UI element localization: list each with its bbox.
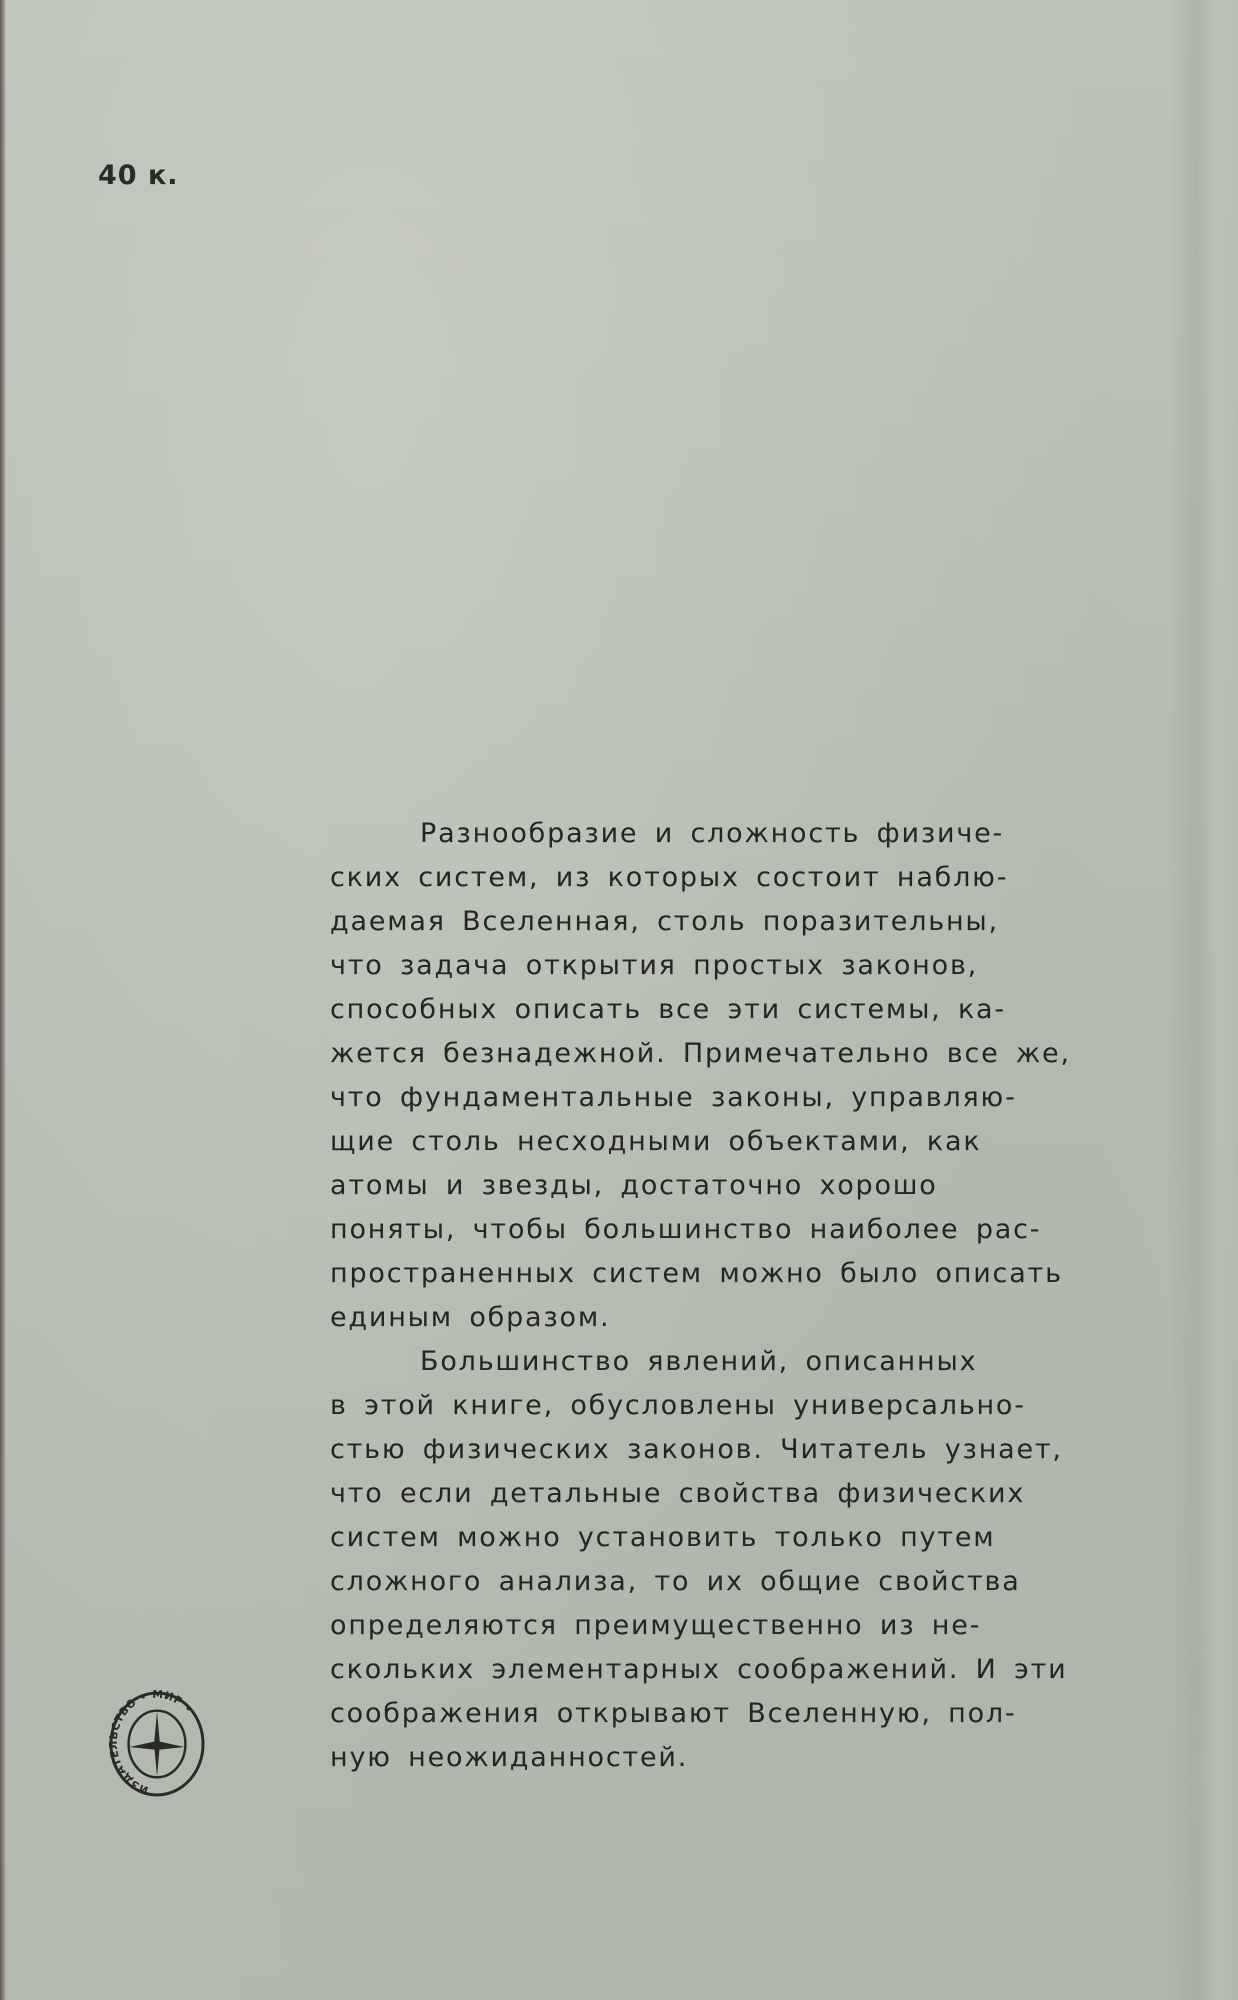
publisher-logo: ИЗДАТЕЛЬСТВО • МИР •: [108, 1690, 206, 1798]
blurb-line: систем можно установить только путем: [330, 1516, 1100, 1560]
blurb-line: даемая Вселенная, столь поразительны,: [330, 900, 1100, 944]
cover-blurb: Разнообразие и сложность физиче- ских си…: [330, 812, 1100, 1780]
cover-spine-fold: [1168, 0, 1238, 2000]
blurb-paragraph-2: Большинство явлений, описанных в этой кн…: [330, 1340, 1100, 1780]
blurb-line: что задача открытия простых законов,: [330, 944, 1100, 988]
blurb-line: соображения открывают Вселенную, пол-: [330, 1692, 1100, 1736]
blurb-line: жется безнадежной. Примечательно все же,: [330, 1032, 1100, 1076]
compass-star-icon: ИЗДАТЕЛЬСТВО • МИР •: [108, 1690, 206, 1798]
blurb-line: что фундаментальные законы, управляю-: [330, 1076, 1100, 1120]
blurb-line: пространенных систем можно было описать: [330, 1252, 1100, 1296]
blurb-line: поняты, чтобы большинство наиболее рас-: [330, 1208, 1100, 1252]
blurb-line: Большинство явлений, описанных: [330, 1340, 1100, 1384]
blurb-line: щие столь несходными объектами, как: [330, 1120, 1100, 1164]
blurb-line: сложного анализа, то их общие свойства: [330, 1560, 1100, 1604]
blurb-line: определяются преимущественно из не-: [330, 1604, 1100, 1648]
blurb-line: ских систем, из которых состоит наблю-: [330, 856, 1100, 900]
blurb-line: Разнообразие и сложность физиче-: [330, 812, 1100, 856]
blurb-paragraph-1: Разнообразие и сложность физиче- ских си…: [330, 812, 1100, 1340]
blurb-line: способных описать все эти системы, ка-: [330, 988, 1100, 1032]
blurb-line: ную неожиданностей.: [330, 1736, 1100, 1780]
price-label: 40 к.: [98, 160, 179, 191]
blurb-line: скольких элементарных соображений. И эти: [330, 1648, 1100, 1692]
blurb-line: единым образом.: [330, 1296, 1100, 1340]
blurb-line: что если детальные свойства физических: [330, 1472, 1100, 1516]
cover-left-edge: [0, 0, 6, 2000]
blurb-line: атомы и звезды, достаточно хорошо: [330, 1164, 1100, 1208]
blurb-line: стью физических законов. Читатель узнает…: [330, 1428, 1100, 1472]
blurb-line: в этой книге, обусловлены универсально-: [330, 1384, 1100, 1428]
